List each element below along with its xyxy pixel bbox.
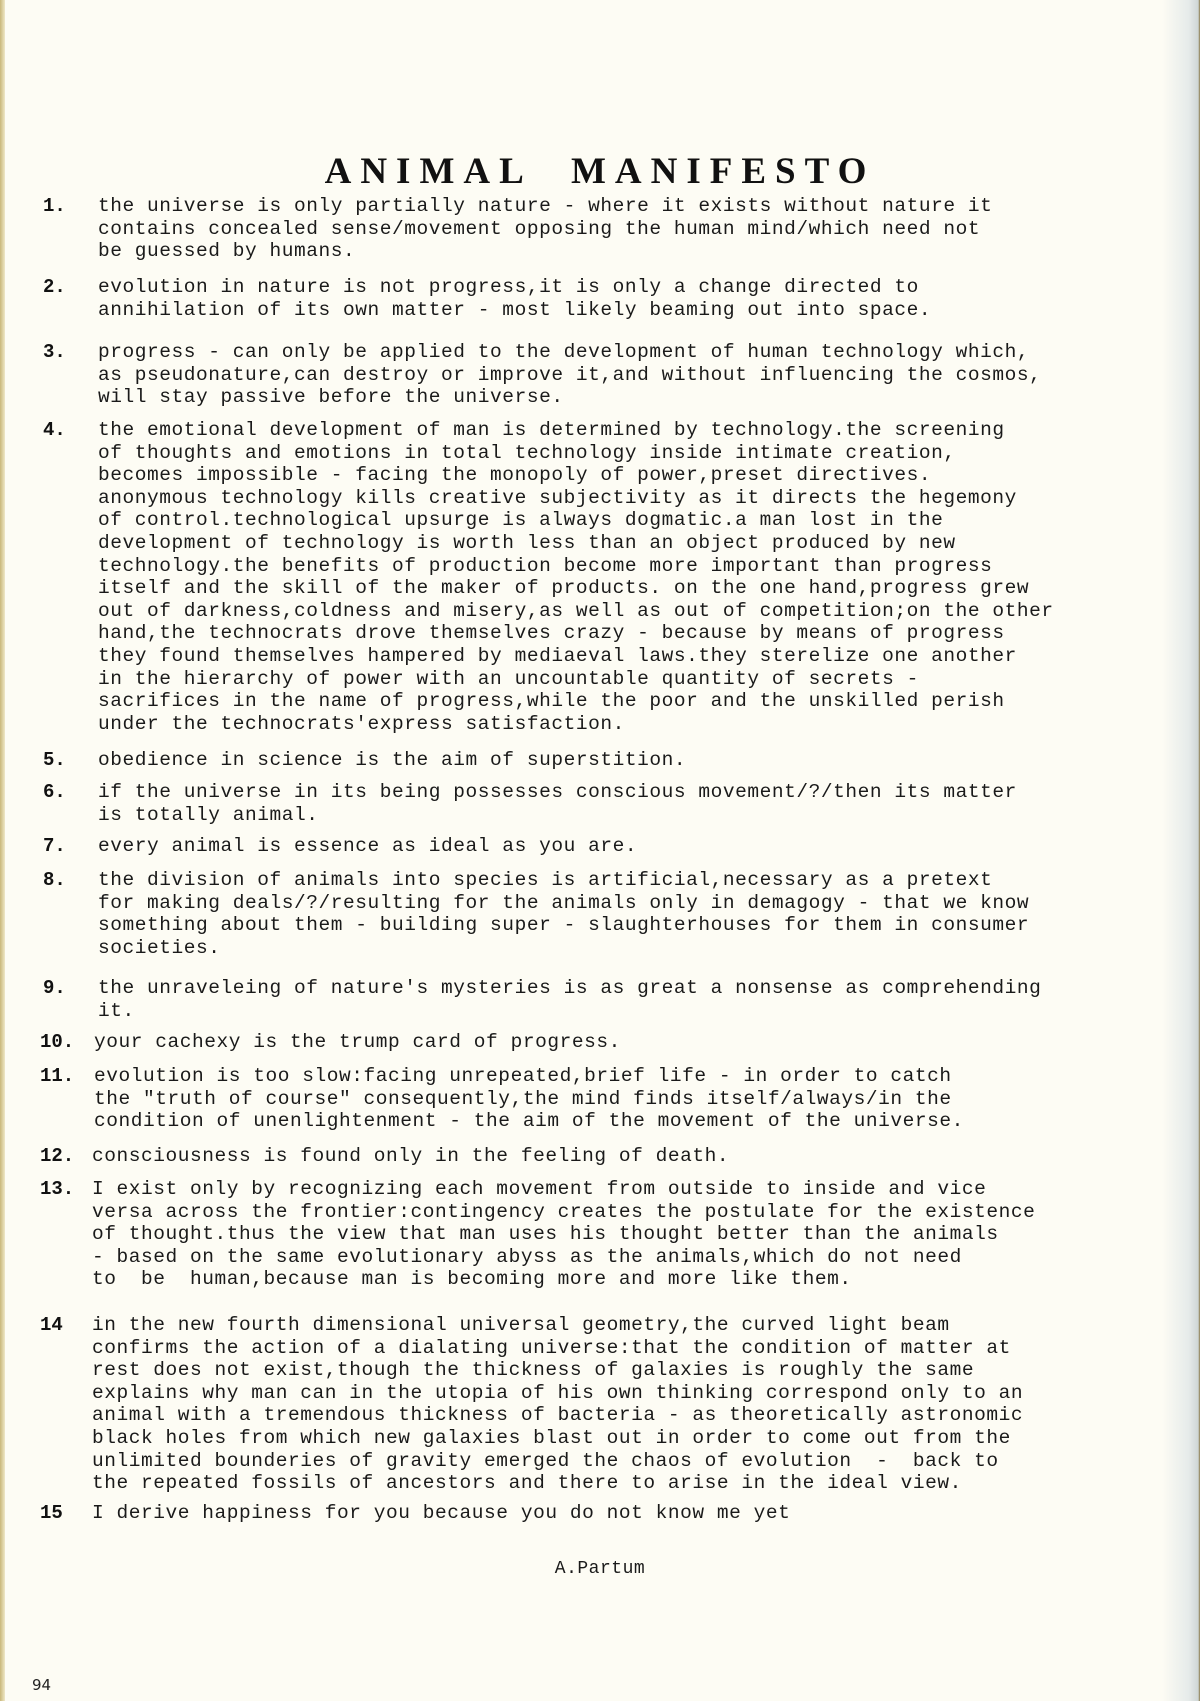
item-number: 14 <box>40 1314 63 1336</box>
item-text-line: for making deals/?/resulting for the ani… <box>98 892 1029 914</box>
item-text-line: becomes impossible - facing the monopoly… <box>98 464 931 486</box>
item-text-line: will stay passive before the universe. <box>98 386 564 408</box>
item-text-line: technology.the benefits of production be… <box>98 555 992 577</box>
item-text-line: under the technocrats'express satisfacti… <box>98 713 625 735</box>
item-text-line: versa across the frontier:contingency cr… <box>92 1201 1035 1223</box>
item-text-line: I derive happiness for you because you d… <box>92 1502 790 1524</box>
item-text-line: of thought.thus the view that man uses h… <box>92 1223 999 1245</box>
item-text-line: anonymous technology kills creative subj… <box>98 487 1017 509</box>
page-edge-shadow <box>1162 0 1200 1701</box>
item-text-line: development of technology is worth less … <box>98 532 956 554</box>
item-text-line: something about them - building super - … <box>98 914 1029 936</box>
item-text-line: the universe is only partially nature - … <box>98 195 992 217</box>
item-text-line: unlimited bounderies of gravity emerged … <box>92 1450 999 1472</box>
item-text-line: confirms the action of a dialating unive… <box>92 1337 1011 1359</box>
item-text-line: consciousness is found only in the feeli… <box>92 1145 729 1167</box>
page-title: ANIMAL MANIFESTO <box>0 150 1200 193</box>
item-text-line: animal with a tremendous thickness of ba… <box>92 1404 1023 1426</box>
item-text-line: the repeated fossils of ancestors and th… <box>92 1472 962 1494</box>
item-number: 8. <box>43 869 66 891</box>
item-text-line: black holes from which new galaxies blas… <box>92 1427 1011 1449</box>
item-text-line: in the new fourth dimensional universal … <box>92 1314 950 1336</box>
item-text-line: - based on the same evolutionary abyss a… <box>92 1246 962 1268</box>
item-number: 15 <box>40 1502 63 1524</box>
item-text-line: your cachexy is the trump card of progre… <box>94 1031 621 1053</box>
item-text-line: evolution is too slow:facing unrepeated,… <box>94 1065 952 1087</box>
item-number: 9. <box>43 977 66 999</box>
item-text-line: annihilation of its own matter - most li… <box>98 299 931 321</box>
item-text-line: itself and the skill of the maker of pro… <box>98 577 1029 599</box>
item-text-line: sacrifices in the name of progress,while… <box>98 690 1005 712</box>
item-text-line: they found themselves hampered by mediae… <box>98 645 1017 667</box>
page-spine-shadow <box>0 0 5 1701</box>
item-text-line: is totally animal. <box>98 804 319 826</box>
item-text-line: as pseudonature,can destroy or improve i… <box>98 364 1041 386</box>
item-text-line: hand,the technocrats drove themselves cr… <box>98 622 1005 644</box>
item-text-line: explains why man can in the utopia of hi… <box>92 1382 1023 1404</box>
item-text-line: in the hierarchy of power with an uncoun… <box>98 668 919 690</box>
item-text-line: every animal is essence as ideal as you … <box>98 835 637 857</box>
page-number: 94 <box>32 1676 51 1694</box>
item-text-line: the unraveleing of nature's mysteries is… <box>98 977 1041 999</box>
item-text-line: if the universe in its being possesses c… <box>98 781 1017 803</box>
item-text-line: the division of animals into species is … <box>98 869 992 891</box>
item-text-line: condition of unenlightenment - the aim o… <box>94 1110 964 1132</box>
item-text-line: progress - can only be applied to the de… <box>98 341 1029 363</box>
item-number: 3. <box>43 341 66 363</box>
item-text-line: societies. <box>98 937 221 959</box>
item-number: 2. <box>43 276 66 298</box>
item-number: 6. <box>43 781 66 803</box>
item-number: 4. <box>43 419 66 441</box>
item-text-line: of control.technological upsurge is alwa… <box>98 509 943 531</box>
item-number: 13. <box>40 1178 74 1200</box>
author-signature: A.Partum <box>0 1559 1200 1579</box>
item-text-line: contains concealed sense/movement opposi… <box>98 218 980 240</box>
item-number: 1. <box>43 195 66 217</box>
item-text-line: evolution in nature is not progress,it i… <box>98 276 919 298</box>
item-text-line: be guessed by humans. <box>98 240 355 262</box>
item-text-line: rest does not exist,though the thickness… <box>92 1359 974 1381</box>
item-text-line: to be human,because man is becoming more… <box>92 1268 852 1290</box>
item-number: 10. <box>40 1031 74 1053</box>
item-text-line: the "truth of course" consequently,the m… <box>94 1088 952 1110</box>
item-text-line: obedience in science is the aim of super… <box>98 749 686 771</box>
item-number: 7. <box>43 835 66 857</box>
item-text-line: it. <box>98 1000 135 1022</box>
item-text-line: the emotional development of man is dete… <box>98 419 1005 441</box>
item-number: 12. <box>40 1145 74 1167</box>
item-number: 11. <box>40 1065 74 1087</box>
item-number: 5. <box>43 749 66 771</box>
item-text-line: out of darkness,coldness and misery,as w… <box>98 600 1054 622</box>
item-text-line: I exist only by recognizing each movemen… <box>92 1178 986 1200</box>
item-text-line: of thoughts and emotions in total techno… <box>98 442 956 464</box>
